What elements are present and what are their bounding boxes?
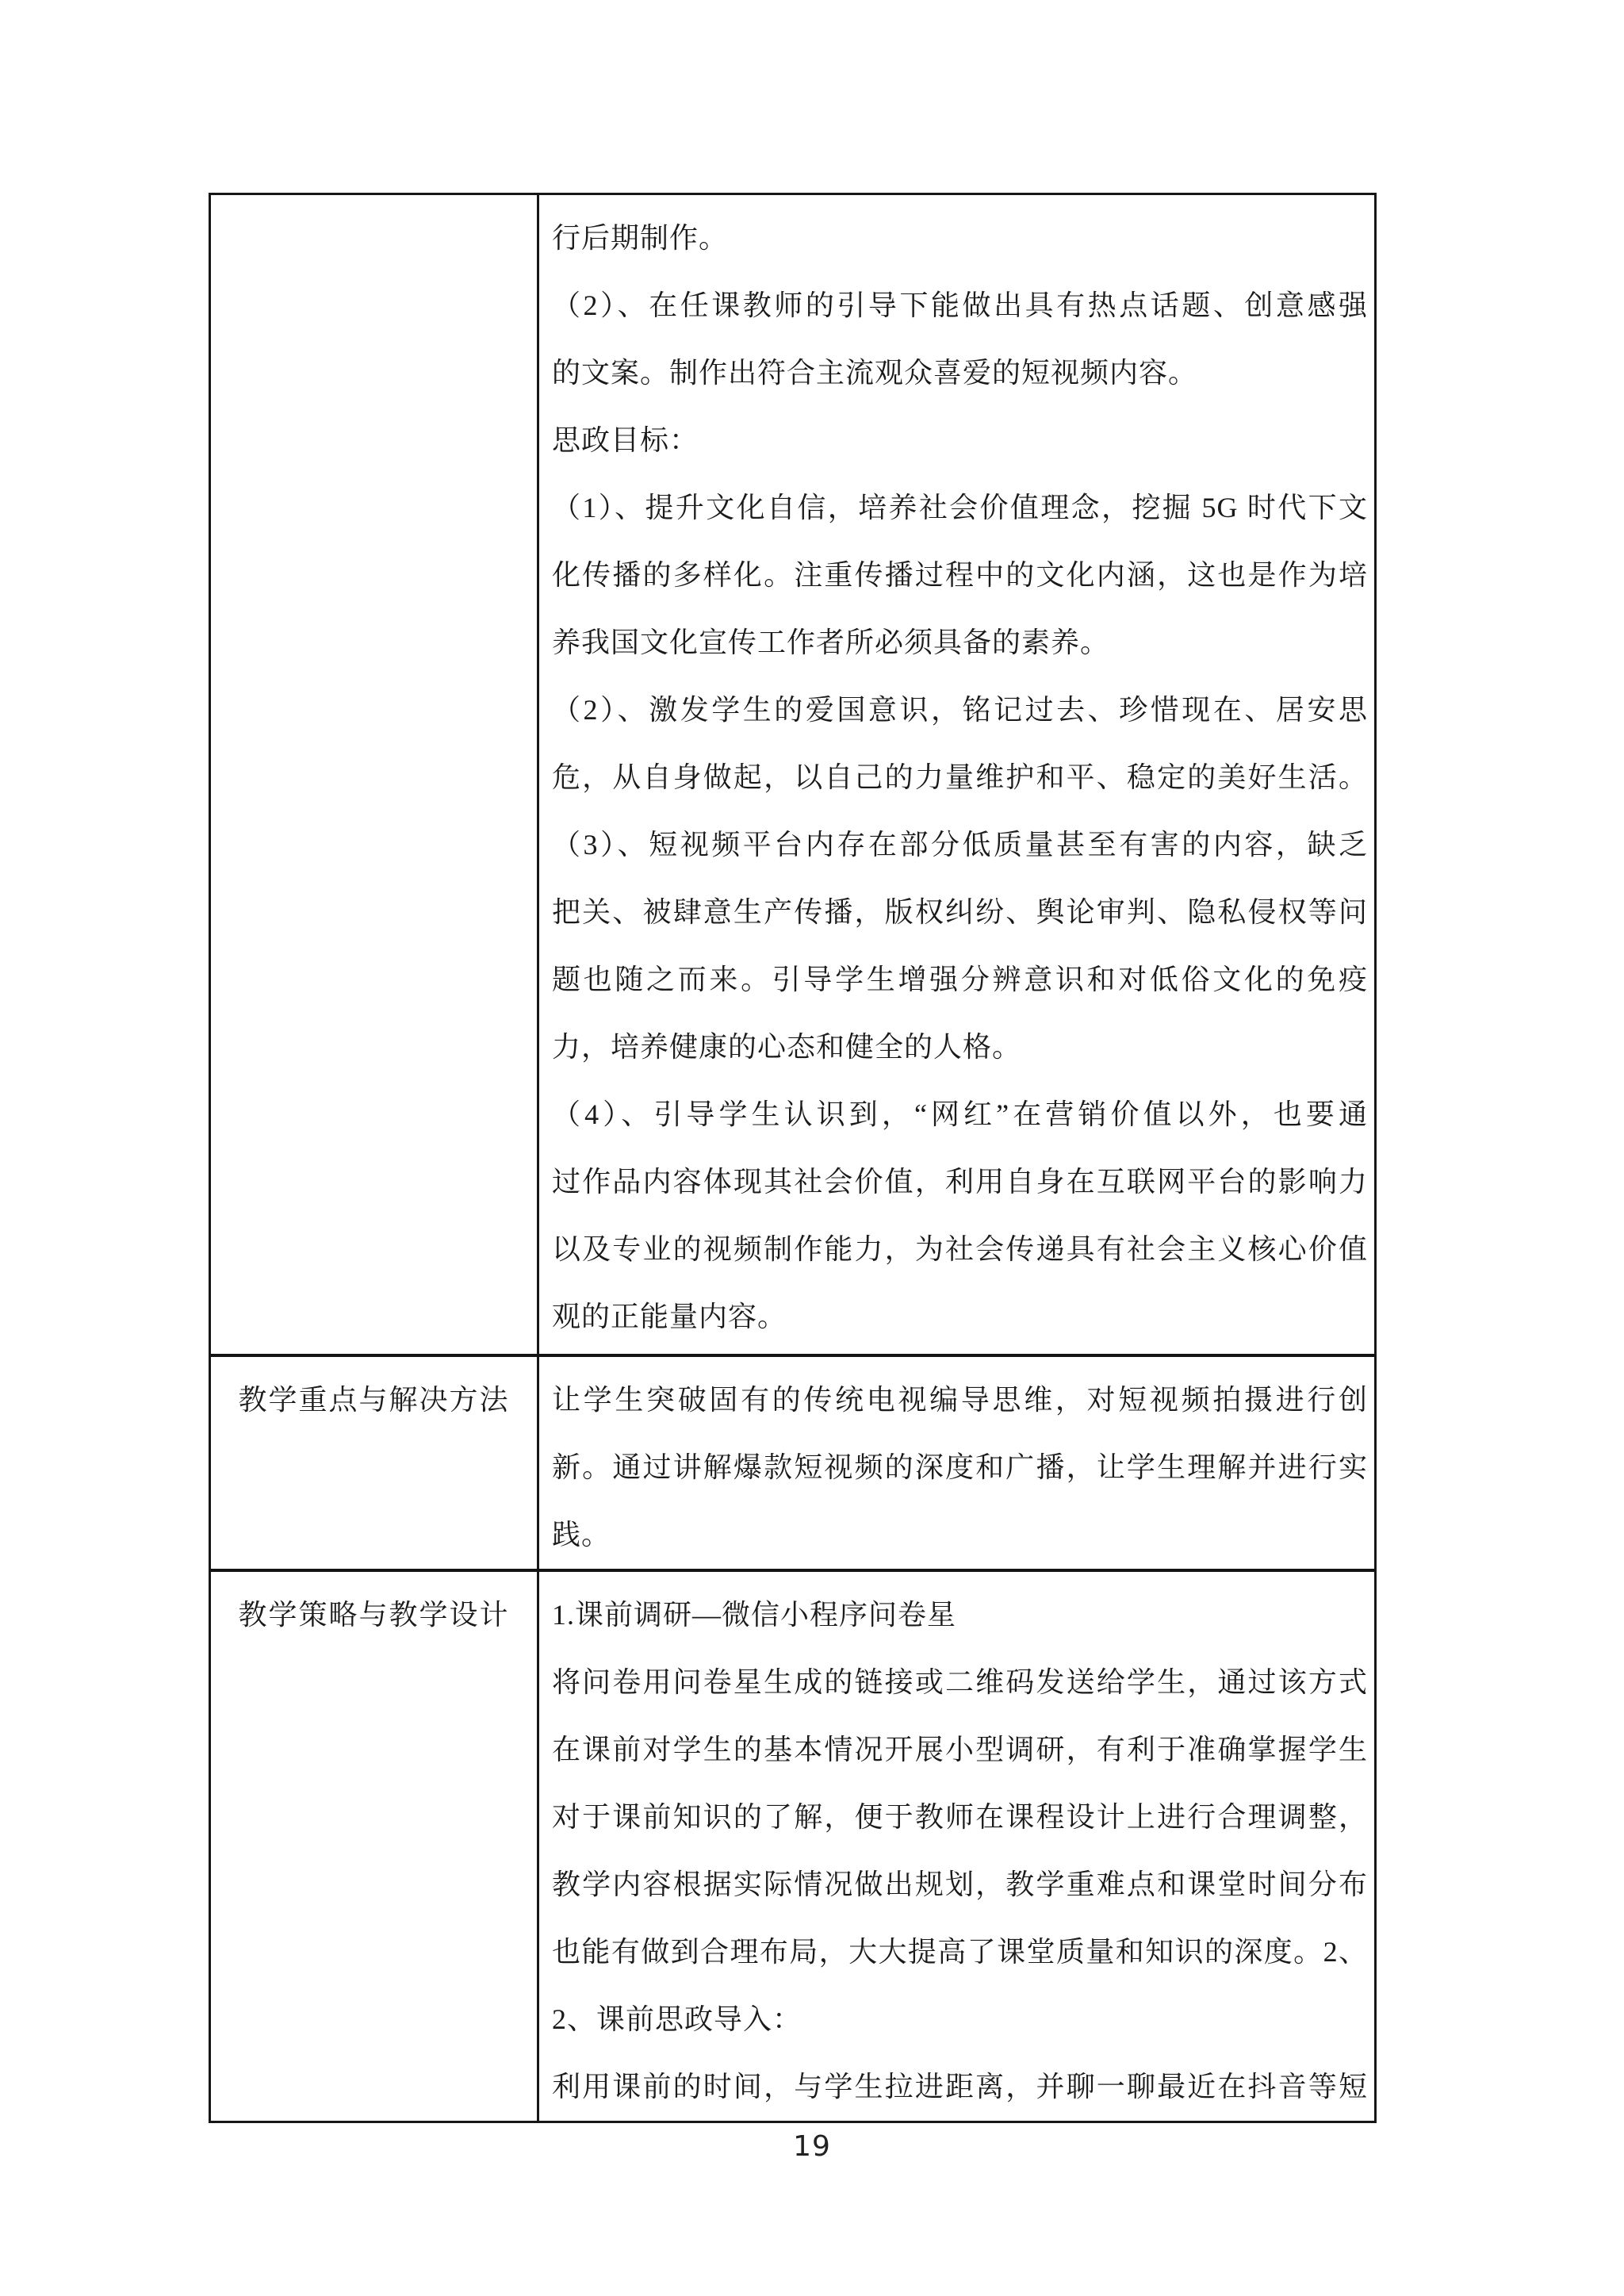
text-line: 以及专业的视频制作能力，为社会传递具有社会主义核心价值 bbox=[552, 1216, 1368, 1283]
lesson-plan-table: 行后期制作。（2）、在任课教师的引导下能做出具有热点话题、创意感强的文案。制作出… bbox=[209, 193, 1377, 2123]
text-line: 在课前对学生的基本情况开展小型调研，有利于准确掌握学生 bbox=[552, 1716, 1368, 1784]
table-row: 教学策略与教学设计1.课前调研—微信小程序问卷星将问卷用问卷星生成的链接或二维码… bbox=[211, 1569, 1374, 2121]
text-line: 利用课前的时间，与学生拉进距离，并聊一聊最近在抖音等短 bbox=[552, 2053, 1368, 2121]
text-line: 养我国文化宣传工作者所必须具备的素养。 bbox=[552, 609, 1368, 677]
text-line: （2）、激发学生的爱国意识，铭记过去、珍惜现在、居安思 bbox=[552, 677, 1368, 744]
text-line: 1.课前调研—微信小程序问卷星 bbox=[552, 1581, 1368, 1649]
text-line: 思政目标： bbox=[552, 407, 1368, 474]
text-line: 题也随之而来。引导学生增强分辨意识和对低俗文化的免疫 bbox=[552, 946, 1368, 1014]
text-line: 把关、被肆意生产传播，版权纠纷、舆论审判、隐私侵权等问 bbox=[552, 879, 1368, 946]
text-line: 观的正能量内容。 bbox=[552, 1283, 1368, 1351]
text-line: 将问卷用问卷星生成的链接或二维码发送给学生，通过该方式 bbox=[552, 1649, 1368, 1716]
row-label-cell: 教学重点与解决方法 bbox=[211, 1357, 539, 1569]
table-row: 教学重点与解决方法让学生突破固有的传统电视编导思维，对短视频拍摄进行创新。通过讲… bbox=[211, 1354, 1374, 1569]
text-line: 教学内容根据实际情况做出规划，教学重难点和课堂时间分布 bbox=[552, 1851, 1368, 1918]
text-line: 行后期制作。 bbox=[552, 205, 1368, 272]
text-line: （4）、引导学生认识到，“网红”在营销价值以外，也要通 bbox=[552, 1081, 1368, 1148]
text-line: （3）、短视频平台内存在部分低质量甚至有害的内容，缺乏 bbox=[552, 811, 1368, 879]
text-line: 让学生突破固有的传统电视编导思维，对短视频拍摄进行创 bbox=[552, 1366, 1368, 1434]
page-number: 19 bbox=[0, 2130, 1624, 2163]
text-line: 过作品内容体现其社会价值，利用自身在互联网平台的影响力 bbox=[552, 1148, 1368, 1216]
row-label-cell bbox=[211, 195, 539, 1354]
row-content-cell: 1.课前调研—微信小程序问卷星将问卷用问卷星生成的链接或二维码发送给学生，通过该… bbox=[539, 1572, 1374, 2121]
document-page: { "page": { "number": "19" }, "table": {… bbox=[0, 0, 1624, 2296]
text-line: 新。通过讲解爆款短视频的深度和广播，让学生理解并进行实 bbox=[552, 1434, 1368, 1501]
text-line: 化传播的多样化。注重传播过程中的文化内涵，这也是作为培 bbox=[552, 542, 1368, 609]
text-line: 力，培养健康的心态和健全的人格。 bbox=[552, 1014, 1368, 1081]
text-line: 对于课前知识的了解，便于教师在课程设计上进行合理调整， bbox=[552, 1784, 1368, 1851]
row-content-cell: 行后期制作。（2）、在任课教师的引导下能做出具有热点话题、创意感强的文案。制作出… bbox=[539, 195, 1374, 1354]
text-line: 践。 bbox=[552, 1501, 1368, 1569]
table-row: 行后期制作。（2）、在任课教师的引导下能做出具有热点话题、创意感强的文案。制作出… bbox=[211, 195, 1374, 1354]
row-label-cell: 教学策略与教学设计 bbox=[211, 1572, 539, 2121]
text-line: （2）、在任课教师的引导下能做出具有热点话题、创意感强 bbox=[552, 272, 1368, 339]
text-line: 的文案。制作出符合主流观众喜爱的短视频内容。 bbox=[552, 339, 1368, 407]
text-line: 也能有做到合理布局，大大提高了课堂质量和知识的深度。2、 bbox=[552, 1918, 1368, 1986]
row-content-cell: 让学生突破固有的传统电视编导思维，对短视频拍摄进行创新。通过讲解爆款短视频的深度… bbox=[539, 1357, 1374, 1569]
text-line: 2、课前思政导入： bbox=[552, 1986, 1368, 2053]
text-line: （1）、提升文化自信，培养社会价值理念，挖掘 5G 时代下文 bbox=[552, 474, 1368, 542]
text-line: 危，从自身做起，以自己的力量维护和平、稳定的美好生活。 bbox=[552, 744, 1368, 811]
